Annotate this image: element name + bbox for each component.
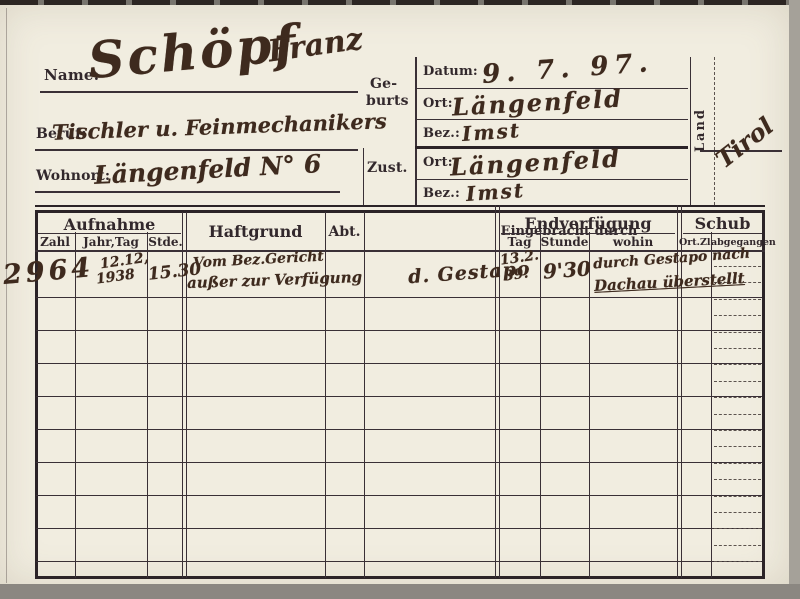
grid-line	[714, 561, 761, 562]
subheader-jahrtag: Jahr,Tag	[75, 235, 147, 249]
zust-label: Zust.	[367, 160, 408, 176]
grid-line	[714, 364, 761, 365]
grid-line	[35, 576, 765, 579]
row-stunde-handwritten: 9'30	[542, 256, 591, 283]
land-right-dashed-border	[714, 57, 715, 205]
table-top-outer-line	[35, 205, 765, 207]
zust-cell-border	[363, 148, 364, 205]
grid-line	[762, 210, 765, 579]
grid-line	[714, 512, 761, 513]
grid-line	[36, 429, 762, 430]
grid-line	[36, 297, 762, 298]
grid-line	[714, 463, 761, 464]
geburts-bez-label: Bez.:	[423, 126, 460, 141]
land-left-border	[690, 57, 691, 205]
scan-bottom-edge	[0, 584, 800, 599]
wohnort-underline	[35, 191, 340, 193]
zust-bez-handwritten: Imst	[465, 178, 526, 206]
subheader-zahl: Zahl	[35, 235, 75, 249]
endverfuegung-header-divider	[501, 233, 675, 234]
scanned-card: Name: Schöpf Franz Beruf: Tischler u. Fe…	[0, 0, 800, 599]
header-abt: Abt.	[325, 224, 364, 240]
row-tag-line2: 39.	[503, 265, 529, 284]
zust-bez-label: Bez.:	[423, 186, 460, 201]
grid-line	[364, 212, 365, 578]
name-underline	[40, 91, 358, 93]
geburts-ort-label: Ort:	[423, 96, 453, 111]
table-top-inner-line	[35, 210, 765, 213]
grid-line	[36, 363, 762, 364]
grid-line	[714, 266, 761, 267]
grid-line	[325, 212, 326, 578]
grid-line	[714, 430, 761, 431]
grid-line	[714, 397, 761, 398]
scan-top-edge	[0, 0, 800, 5]
grid-line	[36, 396, 762, 397]
aufnahme-header-divider	[38, 233, 181, 234]
grid-line	[714, 299, 761, 300]
grid-line	[147, 232, 148, 578]
header-haftgrund: Haftgrund	[186, 222, 325, 241]
subheader-ortzl: Ort.Zl.	[679, 237, 711, 248]
geburts-bez-handwritten: Imst	[461, 118, 522, 146]
grid-line	[714, 414, 761, 415]
grid-line	[36, 462, 762, 463]
subheader-stde: Stde.	[147, 235, 184, 249]
grid-line	[540, 232, 541, 578]
header-endverfuegung: Endverfügung	[499, 214, 677, 233]
schub-header-divider	[683, 233, 762, 234]
scan-right-edge	[789, 0, 800, 599]
scan-left-edge	[6, 8, 7, 583]
land-label: Land	[693, 108, 708, 152]
grid-line	[589, 232, 590, 578]
datum-label: Datum:	[423, 64, 478, 79]
grid-line	[36, 528, 762, 529]
grid-line	[36, 330, 762, 331]
grid-line	[714, 479, 761, 480]
grid-line	[714, 446, 761, 447]
grid-line	[714, 545, 761, 546]
geburts-label-line1: Ge-	[370, 76, 397, 92]
subheader-wohin: wohin	[589, 235, 677, 249]
geburts-label-line2: burts	[366, 93, 409, 109]
header-schub: Schub	[681, 214, 764, 233]
grid-line	[36, 495, 762, 496]
grid-line	[714, 315, 761, 316]
fieldbox-left-border	[415, 57, 417, 205]
grid-line	[714, 381, 761, 382]
grid-line	[714, 348, 761, 349]
grid-line	[714, 528, 761, 529]
subheader-stunde: Stunde	[540, 235, 589, 249]
zust-ort-label: Ort:	[423, 155, 453, 170]
grid-line	[36, 561, 762, 562]
header-aufnahme: Aufnahme	[35, 215, 184, 234]
grid-line	[714, 332, 761, 333]
grid-line	[714, 496, 761, 497]
